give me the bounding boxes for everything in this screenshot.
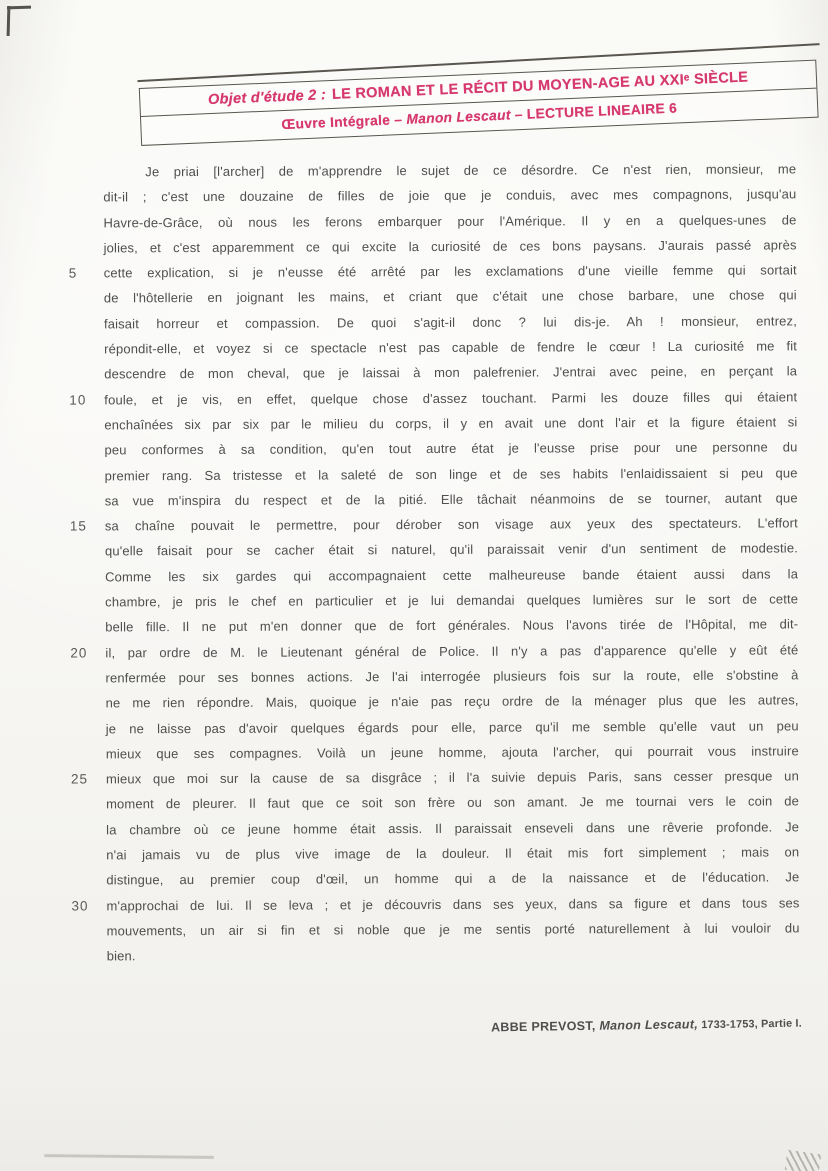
- line-number: 10: [57, 387, 104, 413]
- line-text: premier rang. Sa tristesse et la saleté …: [105, 460, 798, 488]
- text-line: 30 m'approchai de lui. Il se leva ; et j…: [59, 890, 799, 919]
- line-text: il, par ordre de M. le Lieutenant généra…: [105, 637, 798, 665]
- text-line: renfermée pour ses bonnes actions. Je l'…: [58, 662, 798, 691]
- text-line: premier rang. Sa tristesse et la saleté …: [58, 460, 798, 489]
- work-title: Manon Lescaut: [406, 107, 511, 126]
- line-text: belle fille. Il ne put m'en donner que d…: [105, 612, 798, 640]
- text-line: faisait horreur et compassion. De quoi s…: [57, 308, 797, 337]
- text-line: enchaînées six par six par le milieu du …: [57, 409, 797, 438]
- text-line: je ne laisse pas d'avoir quelques égards…: [59, 713, 799, 742]
- line-number: [57, 438, 104, 464]
- line-text: dit-il ; c'est une douzaine de filles de…: [103, 182, 796, 210]
- line-text: sa chaîne pouvait le permettre, pour dér…: [105, 511, 798, 539]
- line-number: [59, 868, 106, 894]
- line-number: [59, 817, 106, 843]
- line-number: [57, 336, 104, 362]
- line-text: la chambre où ce jeune homme était assis…: [106, 814, 799, 842]
- header-banner: Objet d'étude 2 :LE ROMAN ET LE RÉCIT DU…: [139, 60, 819, 146]
- text-line: répondit-elle, et voyez si ce spectacle …: [57, 333, 797, 362]
- line-number: 15: [58, 514, 105, 540]
- text-line: jolies, et c'est apparemment ce qui exci…: [57, 232, 797, 261]
- line-text: moment de pleurer. Il faut que ce soit s…: [106, 789, 799, 817]
- line-text: Je priai [l'archer] de m'apprendre le su…: [103, 156, 796, 184]
- line-text: bien.: [107, 941, 800, 969]
- text-line: Havre-de-Grâce, où nous les ferons embar…: [56, 207, 796, 236]
- line-text: répondit-elle, et voyez si ce spectacle …: [104, 333, 797, 361]
- line-number: [56, 210, 103, 236]
- line-number: [58, 665, 105, 691]
- line-number: 30: [59, 893, 106, 919]
- text-line: belle fille. Il ne put m'en donner que d…: [58, 612, 798, 641]
- line-number: [58, 589, 105, 615]
- text-line: descendre de mon cheval, que je laissai …: [57, 359, 797, 388]
- line-number: [59, 691, 106, 717]
- scan-smudge: [44, 1154, 214, 1159]
- line-number: 20: [58, 640, 105, 666]
- line-text: mieux que moi sur la cause de sa disgrâc…: [106, 764, 799, 792]
- text-line: dit-il ; c'est une douzaine de filles de…: [56, 182, 796, 211]
- text-line: qu'elle faisait pour se cacher était si …: [58, 536, 798, 565]
- line-number: [59, 741, 106, 767]
- text-line: mieux que ses compagnes. Voilà un jeune …: [59, 738, 799, 767]
- text-line: sa vue m'inspira du respect et de la pit…: [58, 485, 798, 514]
- line-number: [57, 412, 104, 438]
- text-line: n'ai jamais vu de plus vive image de la …: [59, 839, 799, 868]
- citation-author: ABBE PREVOST,: [491, 1019, 600, 1035]
- text-line: mouvements, un air si fin et si noble qu…: [60, 915, 800, 944]
- line-text: je ne laisse pas d'avoir quelques égards…: [106, 713, 799, 741]
- text-line: distingue, au premier coup d'œil, un hom…: [59, 865, 799, 894]
- line-number: [58, 488, 105, 514]
- line-text: qu'elle faisait pour se cacher était si …: [105, 536, 798, 564]
- line-number: [57, 362, 104, 388]
- line-text: de l'hôtellerie en joignant les mains, e…: [104, 283, 797, 311]
- line-text: cette explication, si je n'eusse été arr…: [104, 258, 797, 286]
- line-number: [58, 539, 105, 565]
- study-object-label: Objet d'étude 2 :: [208, 87, 327, 108]
- line-text: sa vue m'inspira du respect et de la pit…: [105, 485, 798, 513]
- line-text: descendre de mon cheval, que je laissai …: [104, 359, 797, 387]
- line-number: [57, 235, 104, 261]
- text-line: Comme les six gardes qui accompagnaient …: [58, 561, 798, 590]
- line-number: 25: [59, 767, 106, 793]
- line-text: foule, et je vis, en effet, quelque chos…: [104, 384, 797, 412]
- source-citation: ABBE PREVOST, Manon Lescaut, 1733-1753, …: [491, 1016, 802, 1035]
- line-text: faisait horreur et compassion. De quoi s…: [104, 308, 797, 336]
- page-curl-mark: [785, 1150, 821, 1171]
- line-number: [56, 185, 103, 211]
- text-line: chambre, je pris le chef en particulier …: [58, 586, 798, 615]
- text-line: moment de pleurer. Il faut que ce soit s…: [59, 789, 799, 818]
- line-number: [60, 944, 107, 970]
- line-text: mieux que ses compagnes. Voilà un jeune …: [106, 738, 799, 766]
- line-text: mouvements, un air si fin et si noble qu…: [107, 915, 800, 943]
- line-text: Comme les six gardes qui accompagnaient …: [105, 561, 798, 589]
- citation-detail: 1733-1753, Partie I.: [698, 1018, 802, 1032]
- text-line: Je priai [l'archer] de m'apprendre le su…: [56, 156, 796, 185]
- text-line: la chambre où ce jeune homme était assis…: [59, 814, 799, 843]
- text-line: 15 sa chaîne pouvait le permettre, pour …: [58, 511, 798, 540]
- line-text: chambre, je pris le chef en particulier …: [105, 586, 798, 614]
- line-text: m'approchai de lui. Il se leva ; et je d…: [106, 890, 799, 918]
- line-text: jolies, et c'est apparemment ce qui exci…: [104, 232, 797, 260]
- line-number: [59, 716, 106, 742]
- page-corner-mark: [7, 6, 31, 36]
- text-line: 25 mieux que moi sur la cause de sa disg…: [59, 764, 799, 793]
- line-text: renfermée pour ses bonnes actions. Je l'…: [105, 662, 798, 690]
- line-number: 5: [57, 261, 104, 287]
- line-number: [59, 842, 106, 868]
- text-line: 5 cette explication, si je n'eusse été a…: [57, 258, 797, 287]
- text-excerpt: Je priai [l'archer] de m'apprendre le su…: [56, 156, 800, 969]
- text-line: de l'hôtellerie en joignant les mains, e…: [57, 283, 797, 312]
- line-number: [59, 792, 106, 818]
- line-text: distingue, au premier coup d'œil, un hom…: [106, 865, 799, 893]
- line-number: [60, 918, 107, 944]
- line-number: [57, 311, 104, 337]
- line-text: peu conformes à sa condition, qu'en tout…: [104, 435, 797, 463]
- line-text: n'ai jamais vu de plus vive image de la …: [106, 839, 799, 867]
- text-line: peu conformes à sa condition, qu'en tout…: [57, 435, 797, 464]
- line-number: [58, 463, 105, 489]
- lecture-label: – LECTURE LINEAIRE 6: [510, 101, 677, 123]
- text-line: ne me rien répondre. Mais, quoique je n'…: [59, 688, 799, 717]
- citation-work-title: Manon Lescaut,: [599, 1017, 698, 1033]
- line-text: ne me rien répondre. Mais, quoique je n'…: [106, 688, 799, 716]
- text-line: 20 il, par ordre de M. le Lieutenant gén…: [58, 637, 798, 666]
- line-number: [57, 286, 104, 312]
- line-text: Havre-de-Grâce, où nous les ferons embar…: [103, 207, 796, 235]
- line-number: [56, 159, 103, 185]
- work-label: Œuvre Intégrale –: [281, 112, 407, 132]
- text-line: 10 foule, et je vis, en effet, quelque c…: [57, 384, 797, 413]
- line-number: [58, 564, 105, 590]
- text-line: bien.: [60, 941, 800, 970]
- line-number: [58, 615, 105, 641]
- scanned-page: Objet d'étude 2 :LE ROMAN ET LE RÉCIT DU…: [0, 0, 828, 1171]
- line-text: enchaînées six par six par le milieu du …: [104, 409, 797, 437]
